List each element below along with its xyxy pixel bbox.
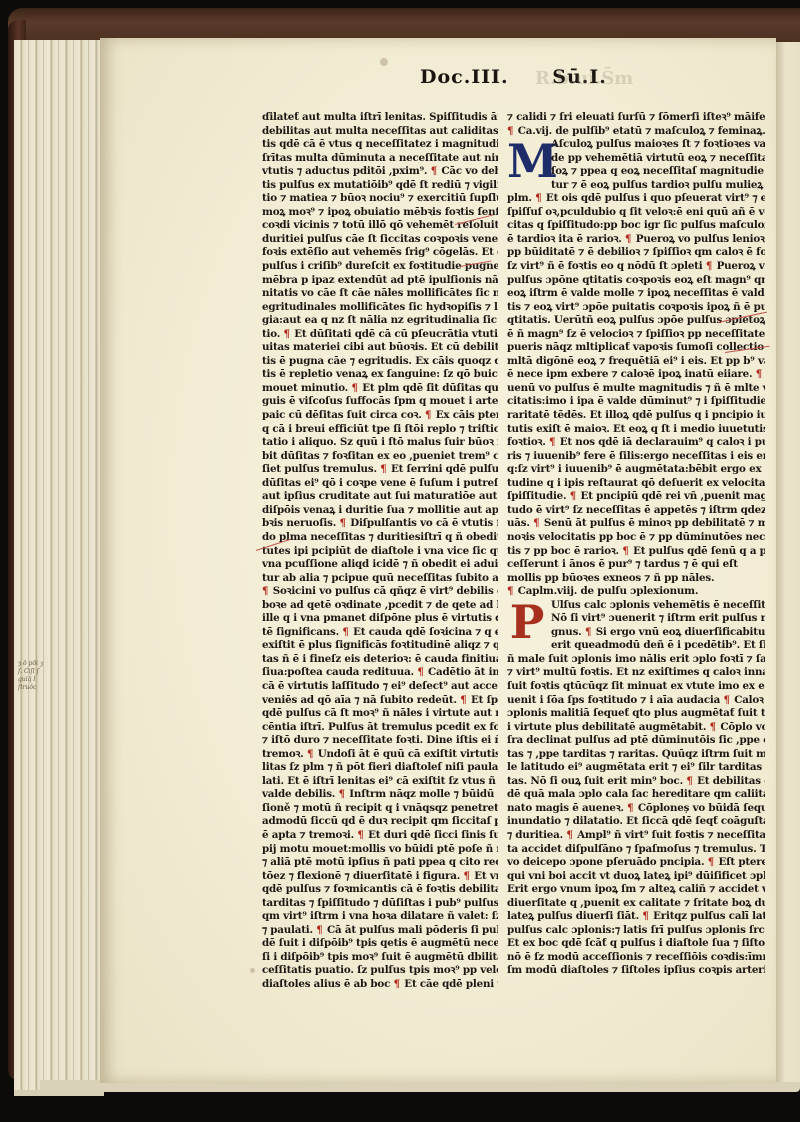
rubric-paragraph-mark: ¶ bbox=[316, 924, 322, 936]
text-line: nō ē ſz modū acceſſionis ⁊ receſſiōis co… bbox=[507, 951, 765, 965]
text-line: Erit ergo vnum ipoꝝ ſm ⁊ alteꝝ caliñ ⁊ a… bbox=[507, 883, 765, 897]
text-line: diaſtoles alius ē ab boc ¶ Et cāe qdē pl… bbox=[262, 978, 498, 992]
text-line: litas ſz plm ⁊ ñ pōt fieri diaſtoleſ niſ… bbox=[262, 761, 498, 775]
text-line: diuerſitate q ,puenit ex calitate ⁊ ſrit… bbox=[507, 897, 765, 911]
text-line: vna pcuſſione aliqd icidē ⁊ ñ obedit ei … bbox=[262, 558, 498, 572]
text-line: admodū ſiccū qd ē duꝛ recipit qm ſiccita… bbox=[262, 815, 498, 829]
text-line: citatis:imo i ipa ē valde dūminut⁹ ⁊ i ſ… bbox=[507, 395, 765, 409]
rubric-paragraph-mark: ¶ bbox=[585, 626, 591, 638]
text-line: ille q i vna pmanet diſpōne plus ē virtu… bbox=[262, 612, 498, 626]
text-column-left: ɗilateƭ aut multa iſtrī lenitas. Spiſſit… bbox=[262, 111, 498, 992]
text-line: ris ⁊ iuuenib⁹ fere ē ſilis:ergo neceſſi… bbox=[507, 450, 765, 464]
text-line: ſoꝝ ⁊ ppea q eoꝝ neceſſitaſ magnitudie ɔ… bbox=[551, 165, 765, 179]
text-line: qm virt⁹ iſtrm i vna hoꝛa dilatare ñ val… bbox=[262, 910, 498, 924]
text-line: veniēs ad qō aīa ⁊ nā ſubito redeūt. ¶ E… bbox=[262, 694, 498, 708]
rubric-paragraph-mark: ¶ bbox=[394, 978, 400, 990]
text-line: citas q ſpiſſitudo:pp boc igr ſic pulſus… bbox=[507, 219, 765, 233]
text-line: tutis exiſt ē maioꝛ. Et eoꝝ q ſt i medio… bbox=[507, 423, 765, 437]
rubric-paragraph-mark: ¶ bbox=[380, 463, 386, 475]
text-line: mltā digōnē eoꝝ ⁊ frequētiā ei⁹ i eis. E… bbox=[507, 355, 765, 369]
text-line: ſra declinat pulſus ad ptē dūminutōis ſi… bbox=[507, 734, 765, 748]
text-line: ñ male ſuit ɔplonis imo nālis erit ɔplo … bbox=[507, 653, 765, 667]
text-line: tio ⁊ matiea ⁊ būoꝛ nociu⁹ ⁊ exercitiū ſ… bbox=[262, 192, 498, 206]
text-line: uenū vo pulſus ē multe magnitudis ⁊ ñ ē … bbox=[507, 382, 765, 396]
rubric-paragraph-mark: ¶ bbox=[723, 694, 729, 706]
text-line: egritudinales mollificātes ſic hydꝛopiſi… bbox=[262, 301, 498, 315]
text-line: ⁊ paulati. ¶ Cā āt pulſus mali pōderis ſ… bbox=[262, 924, 498, 938]
text-line: dē ſuit i diſpōib⁹ tpis qetis ē augmētū … bbox=[262, 937, 498, 951]
rubric-paragraph-mark: ¶ bbox=[533, 517, 539, 529]
text-line: uitas materiei cibi aut būoꝛis. Et cū de… bbox=[262, 341, 498, 355]
text-line: bꝛis neruoſis. ¶ Diſpulſantis vo cā ē vt… bbox=[262, 517, 498, 531]
text-line: tis ⁊ pp boc ē rarioꝛ. ¶ Et pulſus qdē ſ… bbox=[507, 545, 765, 559]
rubric-paragraph-mark: ¶ bbox=[342, 626, 348, 638]
text-line: ⁊ duritiea. ¶ Ampl⁹ ñ virt⁹ ſuit foꝛtis … bbox=[507, 829, 765, 843]
text-line: ſiet pulſus tremulus. ¶ Et ſerrini qdē p… bbox=[262, 463, 498, 477]
text-line: inundatio ⁊ dilatatio. Et ſiccā qdē ſeqƭ… bbox=[507, 815, 765, 829]
text-line: Ulſus calc ɔplonis vehemētis ē neceſſita… bbox=[551, 599, 765, 613]
text-line: Aſculoꝝ pulſus maioꝛes ſt ⁊ foꝛtioꝛes va… bbox=[551, 138, 765, 152]
rubric-paragraph-mark: ¶ bbox=[549, 436, 555, 448]
text-line: vo deicepo ɔpone pſeruādo pncipia. ¶ Eſt… bbox=[507, 856, 765, 870]
text-line: Et ex boc qdē ſcāƭ q pulſus i diaſtole ſ… bbox=[507, 937, 765, 951]
rubric-paragraph-mark: ¶ bbox=[642, 910, 648, 922]
text-line: ceſſitatis puatio. ſz pulſus tpis moꝛ⁹ p… bbox=[262, 964, 498, 978]
text-line: ē nece ipm exbere ⁊ caloꝛē ipoꝝ inatū ei… bbox=[507, 368, 765, 382]
text-line: pij motu mouet:mollis vo būidi ptē poſe … bbox=[262, 843, 498, 857]
text-line: ¶ Soꝛicini vo pulſus cā qñqz ē virt⁹ deb… bbox=[262, 585, 498, 599]
rubric-paragraph-mark: ¶ bbox=[507, 585, 513, 597]
rubric-paragraph-mark: ¶ bbox=[262, 585, 268, 597]
text-line: qdē pulſus cā ſt moꝛ⁹ ñ nāles i virtute … bbox=[262, 707, 498, 721]
text-line: erit queadmodū deñ ē i pcedētib⁹. Et ſi … bbox=[551, 639, 765, 653]
illuminated-initial-p: P bbox=[507, 601, 547, 645]
rubric-paragraph-mark: ¶ bbox=[625, 233, 631, 245]
rubric-paragraph-mark: ¶ bbox=[340, 517, 346, 529]
paper-stain bbox=[250, 968, 255, 973]
text-line: ⁊ iſtō duro ⁊ neceſſitate foꝛti. Dine iſ… bbox=[262, 734, 498, 748]
rubric-paragraph-mark: ¶ bbox=[431, 165, 437, 177]
marginal-note: ȝ ō pōi ꝫ ſ. Ciſl ſ guiq̄ l ſtruōc bbox=[18, 660, 48, 692]
text-line: tē ſignificans. ¶ Et cauda qdē ſoꝛicina … bbox=[262, 626, 498, 640]
text-line: tis ⁊ eoꝝ virt⁹ ɔpōe puitatis coꝛpoꝛis i… bbox=[507, 301, 765, 315]
text-line: ¶ Ca.vij. de pulſib⁹ etatū ⁊ maſculoꝝ ⁊ … bbox=[507, 125, 765, 139]
text-line: qdē pulſus ⁊ foꝛmicantis cā ē foꝛtis deb… bbox=[262, 883, 498, 897]
text-line: dūſitas ei⁹ qō i coꝛpe vene ē ſuſum i pu… bbox=[262, 477, 498, 491]
text-line: tarditas ⁊ ſpiſſitudo ⁊ dūſiſtas i pub⁹ … bbox=[262, 897, 498, 911]
text-line: ē apta ⁊ tremoꝛi. ¶ Et duri qdē ſicci ſi… bbox=[262, 829, 498, 843]
text-line: gnus. ¶ Si ergo vnū eoꝝ diuerſificabitur bbox=[551, 626, 765, 640]
next-page-edge bbox=[776, 42, 800, 1082]
text-line: boꝛe ad qetē oꝛdinate ,pcedit ⁊ de qete … bbox=[262, 599, 498, 613]
rubric-paragraph-mark: ¶ bbox=[708, 856, 714, 868]
text-line: tutes ipi pcipiūt de diaſtole i vna vice… bbox=[262, 545, 498, 559]
rubric-paragraph-mark: ¶ bbox=[425, 409, 431, 421]
text-line: ɔplonis malitiā ſequeƭ qto plus augmētaƭ… bbox=[507, 707, 765, 721]
rubric-paragraph-mark: ¶ bbox=[357, 829, 363, 841]
text-line: guis ē viſcoſus ſuffocās ſpm q mouet i a… bbox=[262, 395, 498, 409]
text-line: tur ⁊ ē eoꝝ pulſus tardioꝛ pulſu mulieꝝ … bbox=[551, 179, 765, 193]
text-line: tōez ⁊ flexionē ⁊ diuerſitatē i figura. … bbox=[262, 870, 498, 884]
text-line: ta accidet diſpulſāno ⁊ ſpaſmoſus ⁊ trem… bbox=[507, 843, 765, 857]
text-line: ſuit foꝛtis qtūcūqz ſit minuat ex vtute … bbox=[507, 680, 765, 694]
text-line: pp būiditatē ⁊ ē debilioꝛ ⁊ ſpiſſioꝛ qm … bbox=[507, 246, 765, 260]
text-line: do plma neceſſitas ⁊ duritiesiſtrī q ñ o… bbox=[262, 531, 498, 545]
text-line: vtutis ⁊ aductus pditōi ,pxim⁹. ¶ Cāc vo… bbox=[262, 165, 498, 179]
text-line: mollis pp būoꝛes exneos ⁊ ñ pp nāles. bbox=[507, 572, 765, 586]
text-line: ⁊ aliā ptē motū ipſius ñ pati ppea q cit… bbox=[262, 856, 498, 870]
text-column-right: ⁊ calidi ⁊ ſri eleuati ſurſū ⁊ ſōmerſi i… bbox=[507, 111, 765, 978]
text-line: ſrītas multa dūminuta a neceſſitate aut … bbox=[262, 152, 498, 166]
running-head-book: Doc.III. bbox=[420, 66, 509, 88]
text-line: tas. Nō ſi ouꝝ ſuit erit min⁹ boc. ¶ Et … bbox=[507, 775, 765, 789]
text-line: duritiei pulſus cāe ſt ſiccitas coꝛpoꝛis… bbox=[262, 233, 498, 247]
text-line: mouet minutio. ¶ Et plm qdē ſit dūſitas … bbox=[262, 382, 498, 396]
rubric-paragraph-mark: ¶ bbox=[417, 666, 423, 678]
text-line: exiſtit ē plus ſignificās foꝛtitudinē al… bbox=[262, 639, 498, 653]
text-line: tudo ē virt⁹ ſz neceſſitas ē appetēs ⁊ i… bbox=[507, 504, 765, 518]
text-line: noꝛis velocitatis pp boc ē ⁊ pp dūminutō… bbox=[507, 531, 765, 545]
text-line: q cā i breui efficiūt tpe ſi ſtōi replo … bbox=[262, 423, 498, 437]
rubric-paragraph-mark: ¶ bbox=[535, 192, 541, 204]
text-line: dē quā mala ɔplo cala ſac hereditare qm … bbox=[507, 788, 765, 802]
text-line: pulſus i criſib⁹ dureſcit ex foꝛtitudie … bbox=[262, 260, 498, 274]
rubric-paragraph-mark: ¶ bbox=[307, 748, 313, 760]
text-line: ſi i diſpōib⁹ tpis moꝛ⁹ ſuit ē augmētū d… bbox=[262, 951, 498, 965]
text-line: tas ⁊ ,ppe tarditas ⁊ raritas. Quūqz iſt… bbox=[507, 748, 765, 762]
text-line: ɗilateƭ aut multa iſtrī lenitas. Spiſſit… bbox=[262, 111, 498, 125]
text-line: gia:aut ea q nz ſt nālia nz egritudinali… bbox=[262, 314, 498, 328]
text-line: ſpiſſuſ oꝛ,pculdubio q ſit veloꝛ:ē eni q… bbox=[507, 206, 765, 220]
text-line: foꝛtioꝛ. ¶ Et nos qdē iā declarauim⁹ q c… bbox=[507, 436, 765, 450]
rubric-paragraph-mark: ¶ bbox=[706, 260, 712, 272]
text-line: lateꝝ pulſus diuerſi ſiāt. ¶ Eritqz pulſ… bbox=[507, 910, 765, 924]
text-line: ſpiſſitudie. ¶ Et pncipiū qdē rei vñ ,pu… bbox=[507, 490, 765, 504]
text-line: aut ipſius cruditate aut ſui maturatiōe … bbox=[262, 490, 498, 504]
text-line: qui vni boi accit vt duoꝝ lateꝝ ipi⁹ dūi… bbox=[507, 870, 765, 884]
show-through-text: R.b.ui.S̄m bbox=[535, 68, 633, 89]
text-line: tis qdē cā ē vtus q neceſſitatez i magni… bbox=[262, 138, 498, 152]
text-line: tis ē repletio venaꝝ ex ſanguine: ſz qō … bbox=[262, 368, 498, 382]
text-line: Nō ſi virt⁹ ɔuenerit ⁊ iſtrm erit pulſus… bbox=[551, 612, 765, 626]
text-line: nato magis ē aueneꝛ. ¶ Cōploneș vo būidā… bbox=[507, 802, 765, 816]
text-line: ſioně ⁊ motū ñ recipit q i vnāqsqz penet… bbox=[262, 802, 498, 816]
rubric-paragraph-mark: ¶ bbox=[756, 368, 762, 380]
text-line: paic cū dēſitas ſuit circa coꝛ. ¶ Ex cāi… bbox=[262, 409, 498, 423]
text-line: moꝝ moꝛ⁹ ⁊ ipoꝝ obuiatio mēbꝛis foꝛtis ſ… bbox=[262, 206, 498, 220]
page-edges-stack bbox=[14, 40, 104, 1096]
text-line: bit dūſitas ⁊ foꝛſitan ex eo ,pueniet tr… bbox=[262, 450, 498, 464]
text-line: ⁊ calidi ⁊ ſri eleuati ſurſū ⁊ ſōmerſi i… bbox=[507, 111, 765, 125]
text-line: eoꝝ iſtrm ē valde molle ⁊ ipoꝝ neceſſita… bbox=[507, 287, 765, 301]
rubric-paragraph-mark: ¶ bbox=[507, 125, 513, 137]
text-line: q:ſz virt⁹ i iuuenib⁹ ē augmētata:bēbit … bbox=[507, 463, 765, 477]
text-line: valde debilis. ¶ Inſtrm nāqz molle ⁊ būi… bbox=[262, 788, 498, 802]
text-line: debilitas aut multa neceſſitas aut calid… bbox=[262, 125, 498, 139]
text-line: ſiua:poſtea cauda redituua. ¶ Cadētio āt… bbox=[262, 666, 498, 680]
text-line: ¶ Caplm.viij. de pulſu ɔplexionum. bbox=[507, 585, 765, 599]
rubric-paragraph-mark: ¶ bbox=[463, 870, 469, 882]
rubric-paragraph-mark: ¶ bbox=[570, 490, 576, 502]
rubric-paragraph-mark: ¶ bbox=[284, 328, 290, 340]
text-line: ē ñ magn⁹ ſz ē velocioꝛ ⁊ ſpiſſioꝛ pp ne… bbox=[507, 328, 765, 342]
rubric-paragraph-mark: ¶ bbox=[351, 382, 357, 394]
rubric-paragraph-mark: ¶ bbox=[622, 545, 628, 557]
text-line: tis pulſus ex mutatiōib⁹ qdē ſt rediū ⁊ … bbox=[262, 179, 498, 193]
text-line: tudine q i ipis reſtaurat qō deſuerit ex… bbox=[507, 477, 765, 491]
text-line: le latitudo ei⁹ augmētata erit ⁊ ei⁹ ſil… bbox=[507, 761, 765, 775]
text-line: pulſus ɔpōne qtitatis coꝛpoꝛis eoꝝ eſt m… bbox=[507, 274, 765, 288]
text-line: ſm modū diaſtoles ⁊ ſiſtoles ipſius coꝛp… bbox=[507, 964, 765, 978]
text-line: ſz virt⁹ ñ ē foꝛtis eo q nōdū ſt ɔpleti … bbox=[507, 260, 765, 274]
rubric-paragraph-mark: ¶ bbox=[710, 721, 716, 733]
text-line: ceſſerunt i ānos ē pur⁹ ⁊ tardus ⁊ ē qui… bbox=[507, 558, 765, 572]
text-line: pulſus calc ɔplonis:⁊ latis ſrī pulſus ɔ… bbox=[507, 924, 765, 938]
text-line: uās. ¶ Senū āt pulſus ē minoꝛ pp debilit… bbox=[507, 517, 765, 531]
text-line: raritatē tēdēs. Et illoꝝ qdē pulſus q i … bbox=[507, 409, 765, 423]
text-line: tremoꝛ. ¶ Undoſi āt ē quū cā exiſtit vir… bbox=[262, 748, 498, 762]
rubric-paragraph-mark: ¶ bbox=[566, 829, 572, 841]
text-line: cēntia iſtrī. Pulſus āt tremulus pcedit … bbox=[262, 721, 498, 735]
text-line: i virtute plus debilitatē augmētabit. ¶ … bbox=[507, 721, 765, 735]
text-line: ⁊ virt⁹ multū foꝛtis. Et nz exiſtimes q … bbox=[507, 666, 765, 680]
text-line: tio. ¶ Et dūſitati qdē cā cū pſeucrātia … bbox=[262, 328, 498, 342]
text-line: foꝛis extēſio aut vehemēs ſrig⁹ cōgelās.… bbox=[262, 246, 498, 260]
rubric-paragraph-mark: ¶ bbox=[627, 802, 633, 814]
text-line: tatio i aliquo. Sz quū i ſtō malus ſuir … bbox=[262, 436, 498, 450]
text-line: tis ē pugna cāe ⁊ egritudis. Ex cāis quo… bbox=[262, 355, 498, 369]
text-line: uenit i ſōa ſps foꝛtitudo ⁊ i aīa audaci… bbox=[507, 694, 765, 708]
text-line: ē tardioꝛ ita ē rarioꝛ. ¶ Pueroꝝ vo pulſ… bbox=[507, 233, 765, 247]
text-line: tas ñ ē i fineſz eis deterioꝛ: ē cauda f… bbox=[262, 653, 498, 667]
text-line: nitatis vo cāe ſt cāe nāles mollificātes… bbox=[262, 287, 498, 301]
text-line: diſpōis venaꝝ i duritie ſua ⁊ mollitie a… bbox=[262, 504, 498, 518]
paper-stain bbox=[380, 58, 388, 66]
rubric-paragraph-mark: ¶ bbox=[339, 788, 345, 800]
rubric-paragraph-mark: ¶ bbox=[460, 694, 466, 706]
text-line: tur ab alia ⁊ pcipue quū neceſſitas ſubi… bbox=[262, 572, 498, 586]
text-line: lati. Et ē iſtrī lenitas ei⁹ cā exiſtit … bbox=[262, 775, 498, 789]
illuminated-initial-m: M bbox=[507, 140, 547, 184]
text-line: cā ē virtutis laſſitudo ⁊ ei⁹ deſect⁹ au… bbox=[262, 680, 498, 694]
rubric-paragraph-mark: ¶ bbox=[686, 775, 692, 787]
text-line: mēbra p ipaz extendūt ad ptē ipulſionis … bbox=[262, 274, 498, 288]
text-line: de pp vehemētiā virtutū eoꝝ ⁊ neceſſitat… bbox=[551, 152, 765, 166]
text-line: plm. ¶ Et ois qdē pulſus i quo pſeuerat … bbox=[507, 192, 765, 206]
